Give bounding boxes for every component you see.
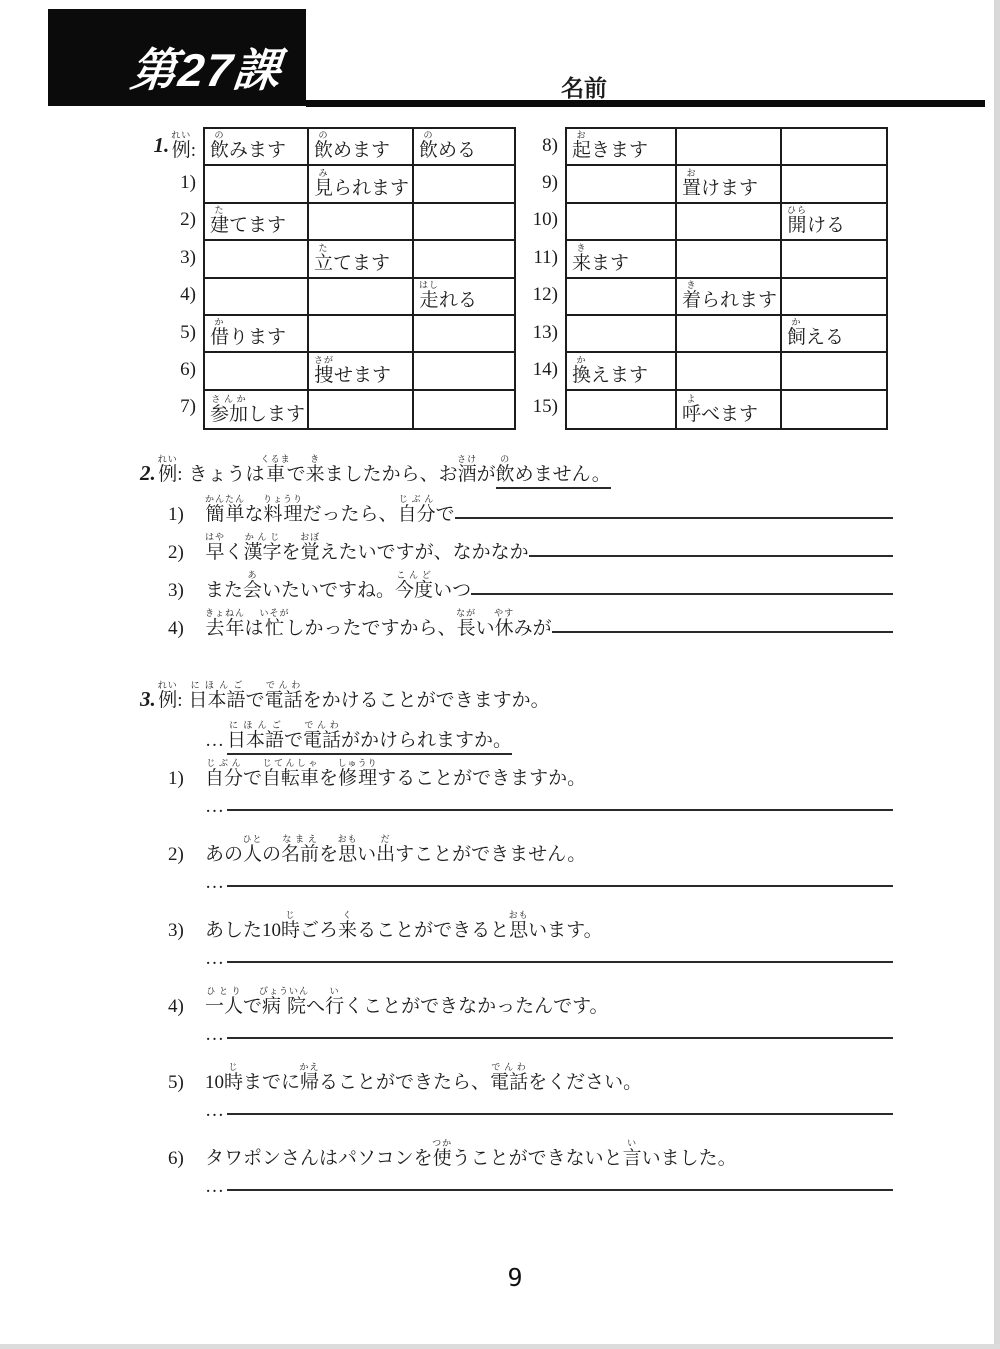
section2-number: 2. bbox=[140, 461, 156, 486]
practice-item: 2) あの人ひとの名前なまえを思おもい出だすことができません。 bbox=[140, 828, 893, 866]
item-number: 3) bbox=[168, 580, 205, 602]
table-cell: 来きます bbox=[567, 241, 677, 278]
table-cell: 換かえます bbox=[567, 353, 677, 390]
practice-item: 3) あした10時じごろ来くることができると思おもいます。 bbox=[140, 904, 893, 942]
item-number: 2) bbox=[168, 844, 205, 866]
answer-blank-line bbox=[227, 1189, 893, 1191]
answer-blank-line bbox=[227, 1113, 893, 1115]
table-cell bbox=[677, 129, 782, 166]
table-cell bbox=[414, 166, 514, 203]
answer-prefix-ellipsis: … bbox=[205, 1100, 227, 1122]
practice-item: 4) 一人ひとりで病院びょういんへ行いくことができなかったんです。 bbox=[140, 980, 893, 1018]
example-sentence: きょうは車くるまで来きましたから、お酒さけが bbox=[189, 454, 496, 486]
table-cell: 飼かえる bbox=[782, 316, 886, 353]
name-label: 名前 bbox=[561, 70, 607, 103]
table-cell: 建たてます bbox=[205, 204, 309, 241]
table-cell bbox=[414, 241, 514, 278]
example-label: 例れい: bbox=[171, 130, 196, 162]
conjugation-table-left: 飲のみます 飲のめます 飲のめる 見みられます 建たてます 立たてます 走はしれ… bbox=[203, 127, 516, 430]
answer-blank-line bbox=[552, 631, 893, 633]
table-row-label: 13) bbox=[528, 314, 565, 351]
table-cell bbox=[309, 279, 414, 316]
item-number: 2) bbox=[168, 542, 205, 564]
table-cell bbox=[567, 391, 677, 428]
table-cell bbox=[205, 166, 309, 203]
example-question: 日本語にほんごで電話でんわをかけることができますか。 bbox=[189, 680, 550, 712]
section1-number: 1. bbox=[153, 133, 169, 158]
table-row-label: 2) bbox=[140, 202, 203, 239]
table-cell bbox=[677, 353, 782, 390]
item-text: 自分じぶんで自転車じてんしゃを修理しゅうりすることができますか。 bbox=[205, 758, 586, 790]
section3-example-answer: … 日本語にほんごで電話でんわがかけられますか。 bbox=[140, 714, 893, 752]
table-row-label: 8) bbox=[528, 127, 565, 164]
table-cell: 捜さがせます bbox=[309, 353, 414, 390]
answer-blank-line bbox=[227, 809, 893, 811]
table-cell bbox=[782, 166, 886, 203]
practice-item: 2) 早はやく漢字かんじを覚おぼえたいですが、なかなか bbox=[140, 526, 893, 564]
table-row-label: 3) bbox=[140, 239, 203, 276]
item-number: 6) bbox=[168, 1148, 205, 1170]
lesson-badge: 第27課 bbox=[48, 9, 306, 106]
table-cell: 飲のめます bbox=[309, 129, 414, 166]
answer-blank-line bbox=[227, 961, 893, 963]
answer-blank-line bbox=[227, 885, 893, 887]
table-cell bbox=[414, 353, 514, 390]
table-row-label: 1. 例れい: bbox=[140, 127, 203, 164]
item-text: また会あいたいですね。今度こんどいつ bbox=[205, 570, 471, 602]
table-cell: 走はしれる bbox=[414, 279, 514, 316]
item-text: 簡単かんたんな料理りょうりだったら、自分じぶんで bbox=[205, 494, 455, 526]
table-cell bbox=[567, 166, 677, 203]
table-row-label: 5) bbox=[140, 314, 203, 351]
item-number: 1) bbox=[168, 768, 205, 790]
practice-item: 1) 自分じぶんで自転車じてんしゃを修理しゅうりすることができますか。 bbox=[140, 752, 893, 790]
answer-row: … bbox=[140, 790, 893, 828]
table-row-label: 15) bbox=[528, 389, 565, 426]
item-text: タワポンさんはパソコンを使つかうことができないと言いいました。 bbox=[205, 1138, 737, 1170]
practice-item: 5) 10時じまでに帰かえることができたら、電話でんわをください。 bbox=[140, 1056, 893, 1094]
answer-row: … bbox=[140, 1170, 893, 1208]
section-3: 3. 例れい: 日本語にほんごで電話でんわをかけることができますか。 … 日本語… bbox=[140, 672, 893, 1208]
table-cell: 起おきます bbox=[567, 129, 677, 166]
scan-edge-bottom bbox=[0, 1344, 1000, 1349]
row-label-column: 8) 9) 10) 11) 12) 13) 14) 15) bbox=[528, 127, 565, 426]
table-cell bbox=[782, 353, 886, 390]
table-cell bbox=[677, 316, 782, 353]
conjugation-exercise-left: 1. 例れい: 1) 2) 3) 4) 5) 6) 7) 飲のみます 飲のめます… bbox=[140, 127, 516, 430]
answer-row: … bbox=[140, 1094, 893, 1132]
table-cell bbox=[567, 316, 677, 353]
lesson-title: 第27課 bbox=[128, 34, 286, 100]
table-row-label: 9) bbox=[528, 164, 565, 201]
table-cell bbox=[782, 241, 886, 278]
item-text: あの人ひとの名前なまえを思おもい出だすことができません。 bbox=[205, 834, 586, 866]
table-cell: 置おけます bbox=[677, 166, 782, 203]
table-cell bbox=[677, 204, 782, 241]
table-row-label: 14) bbox=[528, 351, 565, 388]
section-2: 2. 例れい: きょうは車くるまで来きましたから、お酒さけが飲のめません。 1)… bbox=[140, 444, 893, 640]
table-cell: 着きられます bbox=[677, 279, 782, 316]
table-cell: 借かります bbox=[205, 316, 309, 353]
example-label: 例れい: bbox=[158, 680, 183, 712]
table-row-label: 1) bbox=[140, 164, 203, 201]
table-cell bbox=[782, 391, 886, 428]
conjugation-table-right: 起おきます 置おけます 開ひらける 来きます 着きられます 飼かえる 換かえます… bbox=[565, 127, 888, 430]
conjugation-exercise-right: 8) 9) 10) 11) 12) 13) 14) 15) 起おきます 置おけま… bbox=[528, 127, 888, 430]
table-cell bbox=[205, 353, 309, 390]
example-answer-underlined: 日本語にほんごで電話でんわがかけられますか。 bbox=[227, 720, 512, 755]
table-cell bbox=[677, 241, 782, 278]
answer-row: … bbox=[140, 942, 893, 980]
answer-prefix-ellipsis: … bbox=[205, 872, 227, 894]
answer-row: … bbox=[140, 1018, 893, 1056]
table-cell bbox=[782, 129, 886, 166]
table-cell bbox=[309, 316, 414, 353]
answer-prefix-ellipsis: … bbox=[205, 1176, 227, 1198]
answer-prefix-ellipsis: … bbox=[205, 796, 227, 818]
practice-item: 3) また会あいたいですね。今度こんどいつ bbox=[140, 564, 893, 602]
section3-number: 3. bbox=[140, 687, 156, 712]
table-cell bbox=[414, 316, 514, 353]
answer-blank-line bbox=[529, 555, 893, 557]
worksheet-page: 第27課 名前 1. 例れい: 1) 2) 3) 4) 5) 6) 7) 飲のみ… bbox=[0, 0, 1000, 1349]
table-cell bbox=[205, 279, 309, 316]
table-row-label: 10) bbox=[528, 202, 565, 239]
table-cell: 呼よべます bbox=[677, 391, 782, 428]
item-text: 一人ひとりで病院びょういんへ行いくことができなかったんです。 bbox=[205, 986, 609, 1018]
row-label-column: 1. 例れい: 1) 2) 3) 4) 5) 6) 7) bbox=[140, 127, 203, 426]
table-cell bbox=[309, 391, 414, 428]
answer-blank-line bbox=[455, 517, 893, 519]
table-cell: 立たてます bbox=[309, 241, 414, 278]
item-number: 1) bbox=[168, 504, 205, 526]
table-cell: 参加さんかします bbox=[205, 391, 309, 428]
item-number: 3) bbox=[168, 920, 205, 942]
answer-prefix-ellipsis: … bbox=[205, 948, 227, 970]
table-cell: 飲のめる bbox=[414, 129, 514, 166]
item-text: 去年きょねんは忙いそがしかったですから、長ながい休やすみが bbox=[205, 608, 552, 640]
item-text: 早はやく漢字かんじを覚おぼえたいですが、なかなか bbox=[205, 532, 529, 564]
item-number: 4) bbox=[168, 618, 205, 640]
table-row-label: 6) bbox=[140, 351, 203, 388]
item-text: あした10時じごろ来くることができると思おもいます。 bbox=[205, 910, 603, 942]
table-cell bbox=[567, 279, 677, 316]
practice-item: 4) 去年きょねんは忙いそがしかったですから、長ながい休やすみが bbox=[140, 602, 893, 640]
practice-item: 1) 簡単かんたんな料理りょうりだったら、自分じぶんで bbox=[140, 488, 893, 526]
table-row-label: 7) bbox=[140, 389, 203, 426]
answer-blank-line bbox=[227, 1037, 893, 1039]
item-text: 10時じまでに帰かえることができたら、電話でんわをください。 bbox=[205, 1062, 642, 1094]
page-number: 9 bbox=[470, 1263, 560, 1292]
item-number: 5) bbox=[168, 1072, 205, 1094]
answer-prefix-ellipsis: … bbox=[205, 730, 227, 752]
table-cell: 見みられます bbox=[309, 166, 414, 203]
table-cell: 飲のみます bbox=[205, 129, 309, 166]
example-underlined-answer: 飲のめません。 bbox=[496, 454, 611, 489]
section2-example: 2. 例れい: きょうは車くるまで来きましたから、お酒さけが飲のめません。 bbox=[140, 444, 893, 488]
section3-example: 3. 例れい: 日本語にほんごで電話でんわをかけることができますか。 bbox=[140, 672, 893, 714]
table-row-label: 12) bbox=[528, 277, 565, 314]
scan-edge-right bbox=[994, 0, 1000, 1349]
answer-row: … bbox=[140, 866, 893, 904]
practice-item: 6) タワポンさんはパソコンを使つかうことができないと言いいました。 bbox=[140, 1132, 893, 1170]
table-cell bbox=[414, 204, 514, 241]
answer-blank-line bbox=[471, 593, 893, 595]
table-cell bbox=[309, 204, 414, 241]
example-label: 例れい: bbox=[158, 454, 183, 486]
table-cell bbox=[205, 241, 309, 278]
table-cell bbox=[567, 204, 677, 241]
table-cell bbox=[782, 279, 886, 316]
table-cell: 開ひらける bbox=[782, 204, 886, 241]
table-row-label: 4) bbox=[140, 277, 203, 314]
table-cell bbox=[414, 391, 514, 428]
header-rule bbox=[306, 100, 985, 107]
answer-prefix-ellipsis: … bbox=[205, 1024, 227, 1046]
table-row-label: 11) bbox=[528, 239, 565, 276]
item-number: 4) bbox=[168, 996, 205, 1018]
